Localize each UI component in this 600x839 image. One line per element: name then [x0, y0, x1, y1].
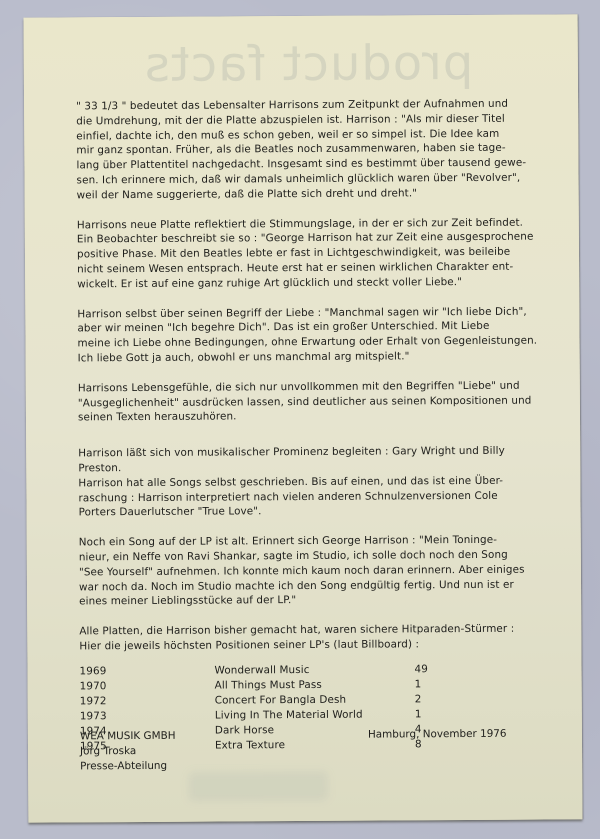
paragraph-chart-intro: Alle Platten, die Harrison bisher gemach… [79, 622, 539, 654]
paragraph-musicians: Harrison läßt sich von musikalischer Pro… [78, 444, 538, 521]
showthrough-stain [188, 771, 328, 802]
paragraph-title-meaning: " 33 1/3 " bedeutet das Lebensalter Harr… [76, 97, 537, 203]
body-text: " 33 1/3 " bedeutet das Lebensalter Harr… [76, 97, 540, 755]
press-release-sheet: product facts " 33 1/3 " bedeutet das Le… [24, 14, 583, 822]
lp-year: 1973 [80, 708, 215, 724]
lp-title: Concert For Bangla Desh [215, 692, 415, 708]
lp-year: 1972 [80, 693, 215, 709]
company-name: WEA MUSIK GMBH [80, 729, 176, 745]
contact-person: Jörg Troska [80, 744, 176, 760]
paragraph-mood: Harrisons neue Platte reflektiert die St… [77, 215, 537, 292]
lp-year: 1969 [79, 663, 214, 679]
lp-position: 2 [415, 692, 440, 707]
showthrough-heading: product facts [144, 35, 474, 93]
lp-position: 1 [415, 707, 440, 722]
sender-block: WEA MUSIK GMBH Jörg Troska Presse-Abteil… [80, 729, 176, 775]
place-date: Hamburg, November 1976 [368, 727, 507, 743]
paragraph-see-yourself: Noch ein Song auf der LP ist alt. Erinne… [79, 533, 539, 610]
paragraph-love: Harrison selbst über seinen Begriff der … [77, 304, 537, 366]
lp-year: 1970 [80, 678, 215, 694]
lp-title: All Things Must Pass [215, 677, 415, 693]
department: Presse-Abteilung [80, 759, 176, 775]
paragraph-feelings: Harrisons Lebensgefühle, die sich nur un… [78, 378, 538, 425]
lp-position: 1 [415, 677, 440, 692]
lp-title: Wonderwall Music [214, 662, 414, 678]
lp-title: Living In The Material World [215, 707, 415, 723]
lp-position: 49 [414, 662, 439, 677]
